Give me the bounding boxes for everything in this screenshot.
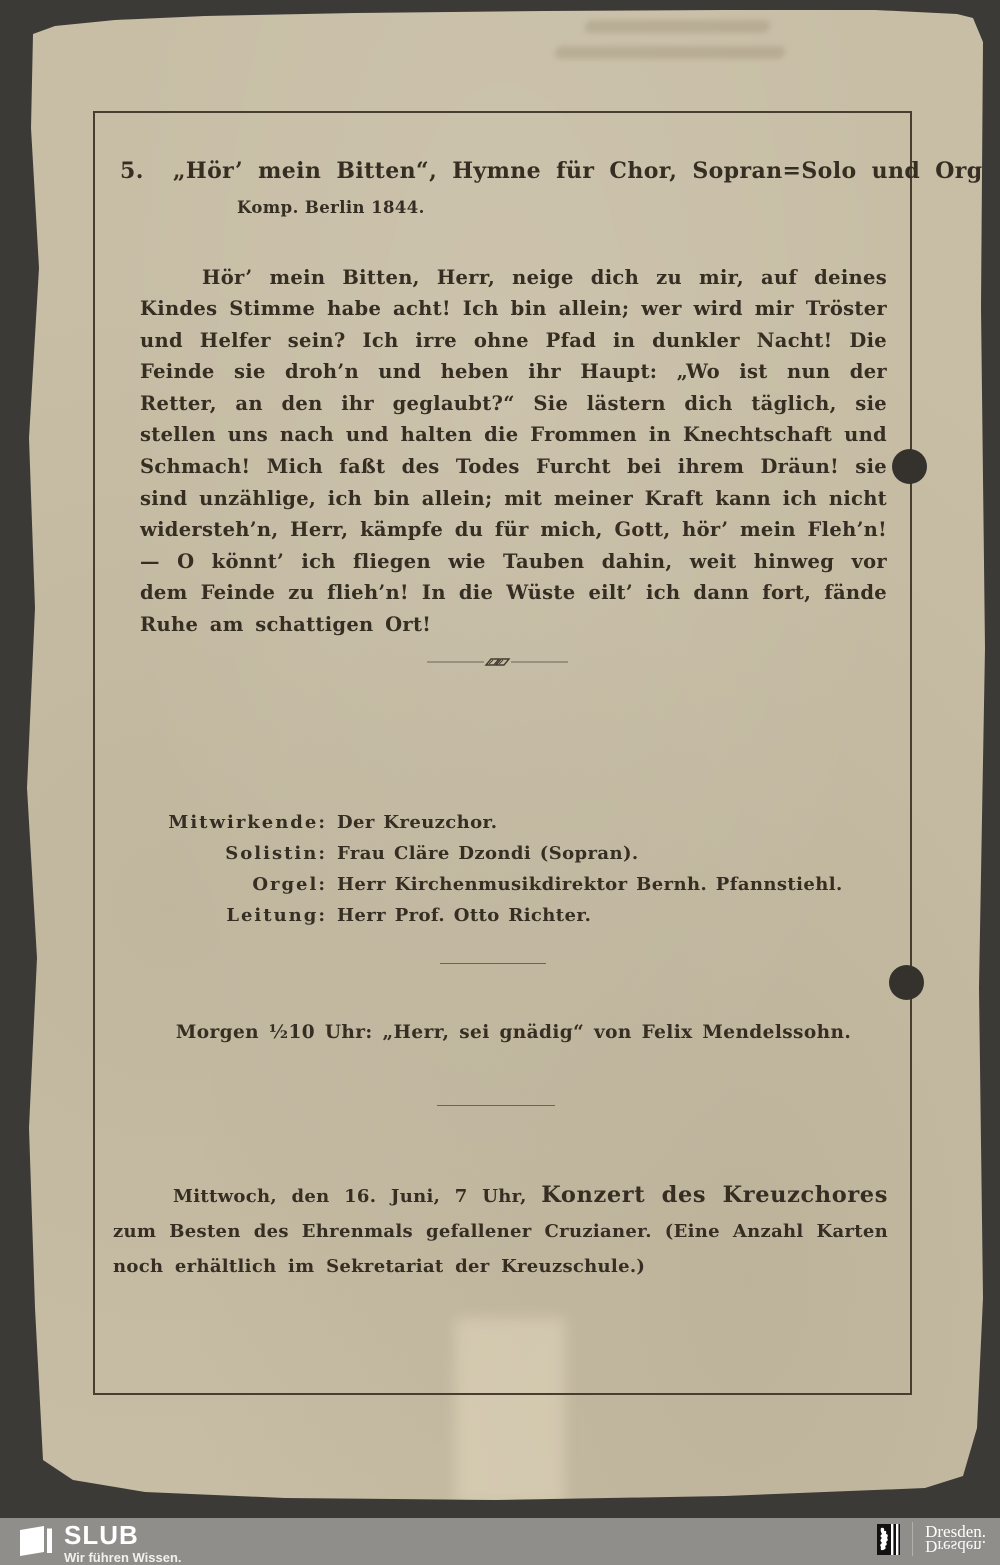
punch-hole [889, 965, 924, 1000]
credit-value: Herr Prof. Otto Richter. [337, 900, 591, 931]
dresden-wordmark-mirrored: Dresden. [925, 1539, 986, 1553]
announcement-lead: Mittwoch, den 16. Juni, 7 Uhr, [173, 1186, 527, 1207]
credit-row: Mitwirkende: Der Kreuzchor. [155, 807, 843, 838]
piece-number: 5. [120, 158, 144, 184]
credit-row: Leitung: Herr Prof. Otto Richter. [155, 900, 843, 931]
credit-label: Mitwirkende: [155, 807, 327, 838]
divider-line [437, 1105, 555, 1106]
credit-row: Solistin: Frau Cläre Dzondi (Sopran). [155, 838, 843, 869]
credit-row: Orgel: Herr Kirchenmusikdirektor Bernh. … [155, 869, 843, 900]
credit-label: Leitung: [155, 900, 327, 931]
piece-title: „Hör’ mein Bitten“, [173, 158, 437, 184]
bleedthrough-text [584, 20, 771, 33]
punch-hole [892, 449, 927, 484]
credits-block: Mitwirkende: Der Kreuzchor. Solistin: Fr… [155, 807, 843, 931]
announcement-highlight: Konzert des Kreuzchores [541, 1182, 888, 1208]
footer-logo-divider [912, 1522, 913, 1556]
slub-logo[interactable]: SLUB Wir führen Wissen. [18, 1522, 182, 1565]
composition-note: Komp. Berlin 1844. [237, 198, 425, 217]
tomorrow-notice: Morgen ½10 Uhr: „Herr, sei gnädig“ von F… [140, 1022, 887, 1043]
dresden-coat-of-arms-icon [877, 1524, 900, 1555]
dresden-logo[interactable]: Dresden. Dresden. [877, 1522, 986, 1556]
credit-value: Frau Cläre Dzondi (Sopran). [337, 838, 639, 869]
hymn-text: Hör’ mein Bitten, Herr, neige dich zu mi… [140, 262, 887, 641]
divider-ornament [427, 654, 568, 670]
announcement-rest: zum Besten des Ehrenmals gefallener Cruz… [113, 1221, 888, 1277]
credit-value: Der Kreuzchor. [337, 807, 497, 838]
slub-wordmark: SLUB [64, 1522, 182, 1548]
piece-subtitle: Hymne für Chor, Sopran=Solo und Orgel. [452, 158, 1000, 184]
concert-announcement: Mittwoch, den 16. Juni, 7 Uhr, Konzert d… [113, 1178, 888, 1284]
credit-label: Orgel: [155, 869, 327, 900]
scanned-page: 5. „Hör’ mein Bitten“, Hymne für Chor, S… [25, 8, 985, 1505]
bleedthrough-text [554, 46, 786, 59]
slub-tagline: Wir führen Wissen. [64, 1550, 182, 1565]
credit-value: Herr Kirchenmusikdirektor Bernh. Pfannst… [337, 869, 843, 900]
slub-book-icon [18, 1525, 56, 1557]
viewer-stage: 5. „Hör’ mein Bitten“, Hymne für Chor, S… [0, 0, 1000, 1565]
piece-heading: 5. „Hör’ mein Bitten“, Hymne für Chor, S… [120, 158, 886, 184]
viewer-footer-bar: SLUB Wir führen Wissen. Dresden. Dresden… [0, 1518, 1000, 1565]
divider-line [440, 963, 546, 964]
credit-label: Solistin: [155, 838, 327, 869]
